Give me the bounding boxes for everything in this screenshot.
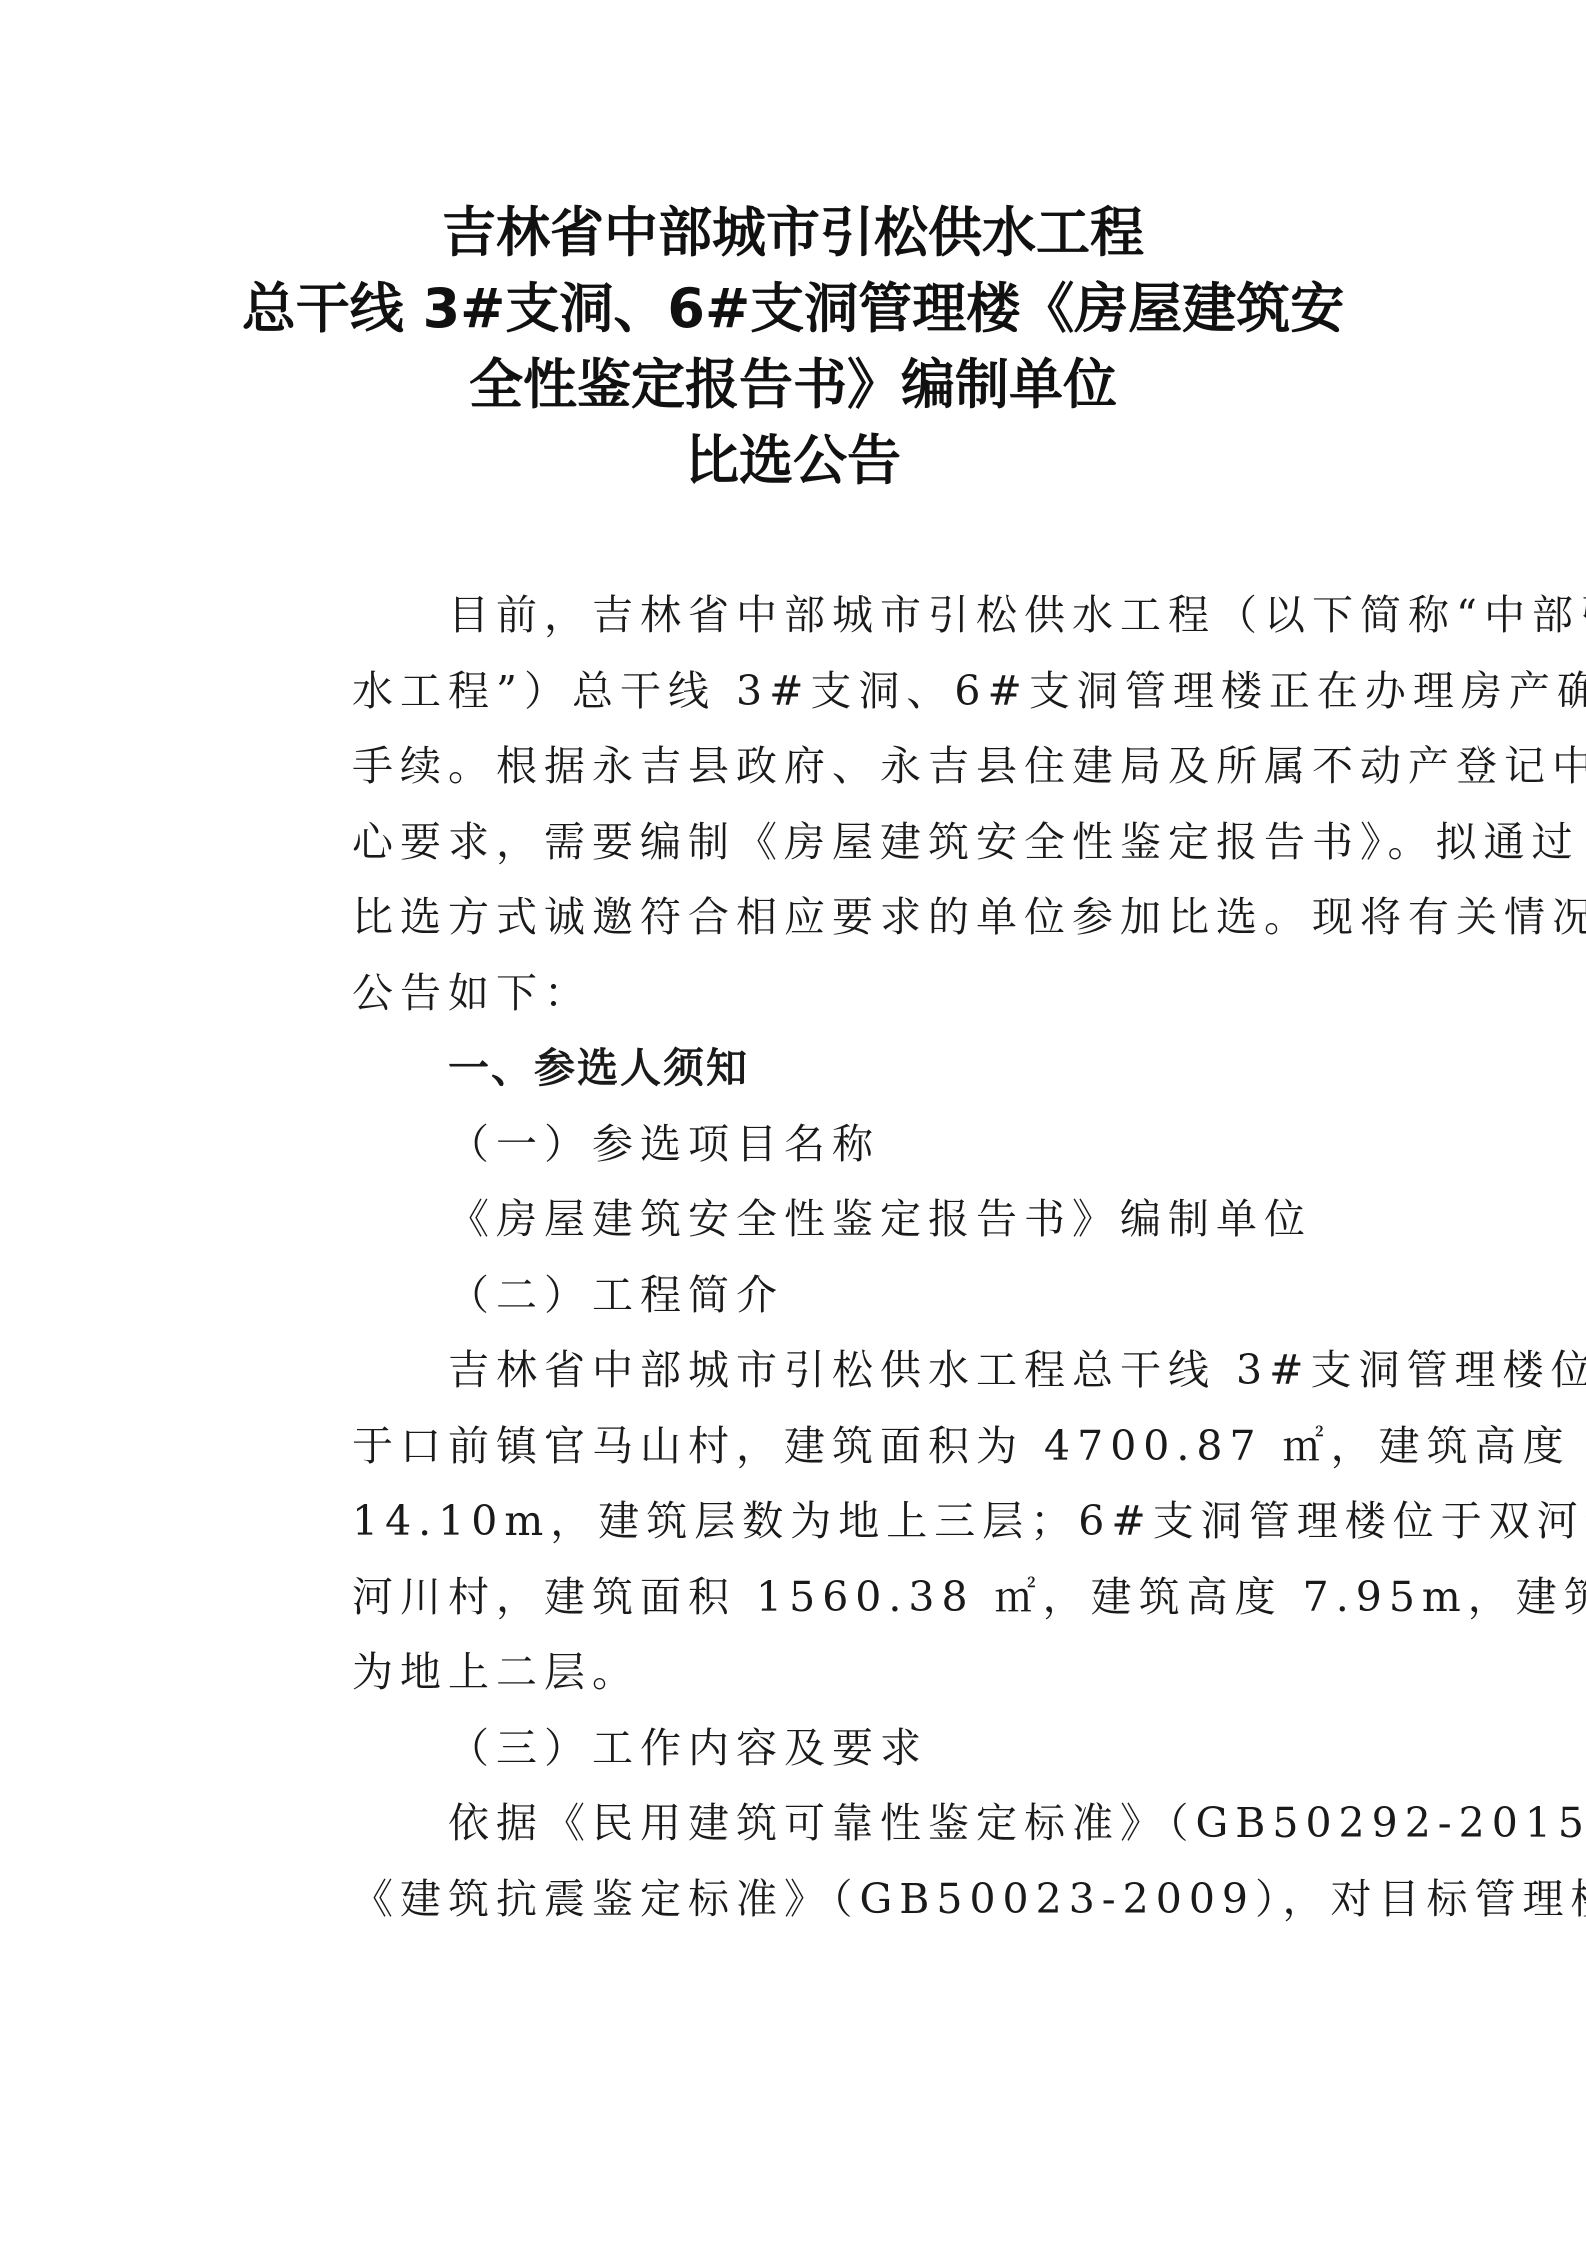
paragraph-line: 14.10m，建筑层数为地上三层；6#支洞管理楼位于双河镇大 (352, 1484, 1352, 1560)
project-name-text: 《房屋建筑安全性鉴定报告书》编制单位 (352, 1182, 1352, 1258)
paragraph-line: 比选方式诚邀符合相应要求的单位参加比选。现将有关情况 (352, 880, 1352, 956)
title-line: 比选公告 (0, 423, 1586, 499)
paragraph-line: 河川村，建筑面积 1560.38 ㎡，建筑高度 7.95m，建筑层数 (352, 1560, 1352, 1636)
subsection-heading: （二）工程简介 (352, 1258, 1352, 1334)
document-body: 目前，吉林省中部城市引松供水工程（以下简称“中部引 水工程”）总干线 3#支洞、… (352, 578, 1352, 1937)
paragraph-line: 水工程”）总干线 3#支洞、6#支洞管理楼正在办理房产确权 (352, 654, 1352, 730)
subsection-heading: （一）参选项目名称 (352, 1107, 1352, 1183)
title-line: 总干线 3#支洞、6#支洞管理楼《房屋建筑安 (0, 271, 1586, 347)
paragraph-line: 《建筑抗震鉴定标准》（GB50023-2009），对目标管理楼编 (352, 1862, 1352, 1938)
paragraph-line: 手续。根据永吉县政府、永吉县住建局及所属不动产登记中 (352, 729, 1352, 805)
title-line: 吉林省中部城市引松供水工程 (0, 195, 1586, 271)
subsection-heading: （三）工作内容及要求 (352, 1711, 1352, 1787)
paragraph-line: 心要求，需要编制《房屋建筑安全性鉴定报告书》。拟通过 (352, 805, 1352, 881)
project-description-paragraph: 吉林省中部城市引松供水工程总干线 3#支洞管理楼位 于口前镇官马山村，建筑面积为… (352, 1333, 1352, 1711)
paragraph-line: 吉林省中部城市引松供水工程总干线 3#支洞管理楼位 (352, 1333, 1352, 1409)
intro-paragraph: 目前，吉林省中部城市引松供水工程（以下简称“中部引 水工程”）总干线 3#支洞、… (352, 578, 1352, 1031)
paragraph-line: 于口前镇官马山村，建筑面积为 4700.87 ㎡，建筑高度 (352, 1409, 1352, 1485)
title-line: 全性鉴定报告书》编制单位 (0, 347, 1586, 423)
section-heading: 一、参选人须知 (352, 1031, 1352, 1107)
document-title: 吉林省中部城市引松供水工程 总干线 3#支洞、6#支洞管理楼《房屋建筑安 全性鉴… (0, 195, 1586, 499)
document-page: 吉林省中部城市引松供水工程 总干线 3#支洞、6#支洞管理楼《房屋建筑安 全性鉴… (0, 0, 1586, 2245)
work-content-paragraph: 依据《民用建筑可靠性鉴定标准》（GB50292-2015）及 《建筑抗震鉴定标准… (352, 1786, 1352, 1937)
paragraph-line: 目前，吉林省中部城市引松供水工程（以下简称“中部引 (352, 578, 1352, 654)
paragraph-line: 依据《民用建筑可靠性鉴定标准》（GB50292-2015）及 (352, 1786, 1352, 1862)
paragraph-line: 为地上二层。 (352, 1635, 1352, 1711)
paragraph-line: 公告如下： (352, 956, 1352, 1032)
